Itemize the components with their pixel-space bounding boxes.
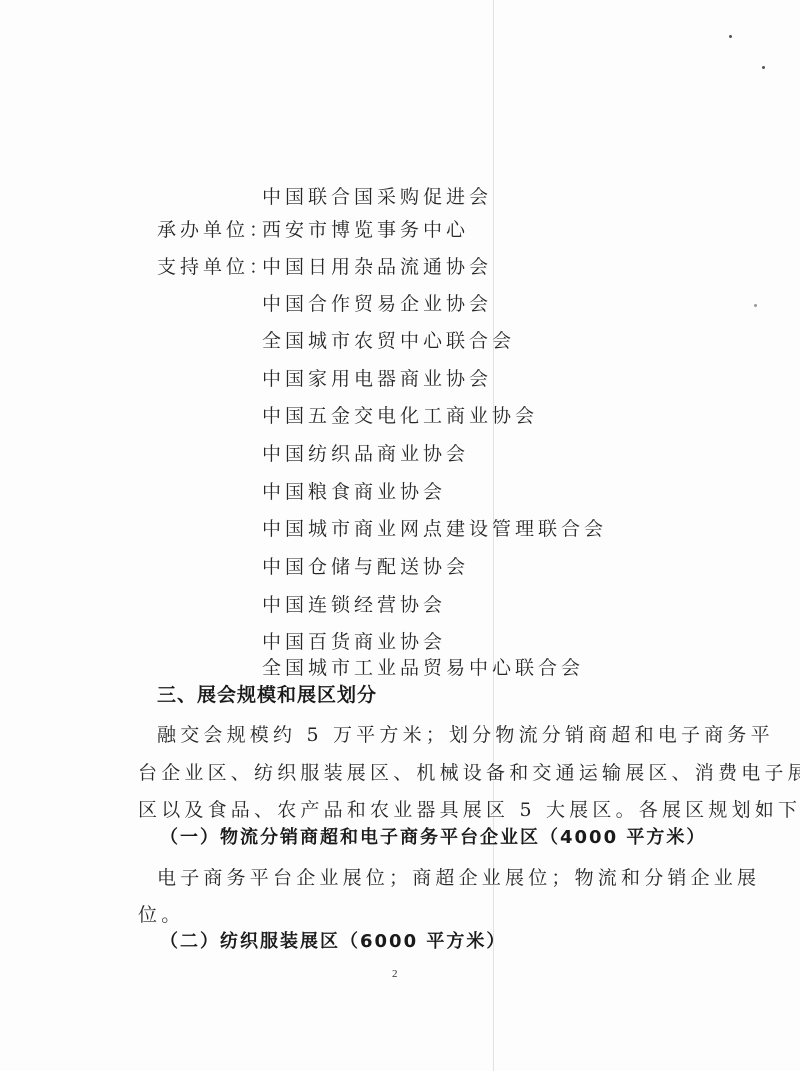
host-unit-label: 承办单位：: [157, 218, 272, 242]
support-unit-item: 全国城市农贸中心联合会: [262, 329, 515, 353]
paragraph-line: 融交会规模约 5 万平方米；划分物流分销商超和电子商务平: [157, 723, 774, 747]
scan-speck: [762, 66, 765, 69]
subsection-heading: （二）纺织服装展区（6000 平方米）: [160, 930, 506, 954]
subsection-body-line: 电子商务平台企业展位；商超企业展位；物流和分销企业展: [157, 866, 760, 890]
support-unit-item: 全国城市工业品贸易中心联合会: [262, 656, 584, 680]
support-unit-item: 中国家用电器商业协会: [262, 367, 492, 391]
scan-speck: [754, 304, 757, 307]
support-unit-item: 中国纺织品商业协会: [262, 442, 469, 466]
paragraph-line: 区以及食品、农产品和农业器具展区 5 大展区。各展区规划如下：: [138, 798, 800, 822]
support-unit-item: 中国日用杂品流通协会: [262, 255, 492, 279]
scan-speck: [729, 35, 732, 38]
subsection-heading: （一）物流分销商超和电子商务平台企业区（4000 平方米）: [160, 826, 706, 850]
document-page: 中国联合国采购促进会 承办单位： 西安市博览事务中心 支持单位： 中国日用杂品流…: [0, 0, 800, 1071]
support-units-label: 支持单位：: [157, 255, 272, 279]
support-unit-item: 中国仓储与配送协会: [262, 555, 469, 579]
support-unit-item: 中国合作贸易企业协会: [262, 292, 492, 316]
section-heading: 三、展会规模和展区划分: [157, 683, 377, 707]
support-unit-item: 中国五金交电化工商业协会: [262, 404, 538, 428]
support-unit-item: 中国粮食商业协会: [262, 480, 446, 504]
organizer-continuation: 中国联合国采购促进会: [262, 185, 492, 209]
support-unit-item: 中国连锁经营协会: [262, 593, 446, 617]
host-unit-value: 西安市博览事务中心: [262, 218, 469, 242]
page-number: 2: [392, 968, 398, 980]
paragraph-line: 台企业区、纺织服装展区、机械设备和交通运输展区、消费电子展: [138, 761, 800, 785]
subsection-body-line: 位。: [138, 903, 184, 927]
support-unit-item: 中国城市商业网点建设管理联合会: [262, 517, 607, 541]
support-unit-item: 中国百货商业协会: [262, 630, 446, 654]
